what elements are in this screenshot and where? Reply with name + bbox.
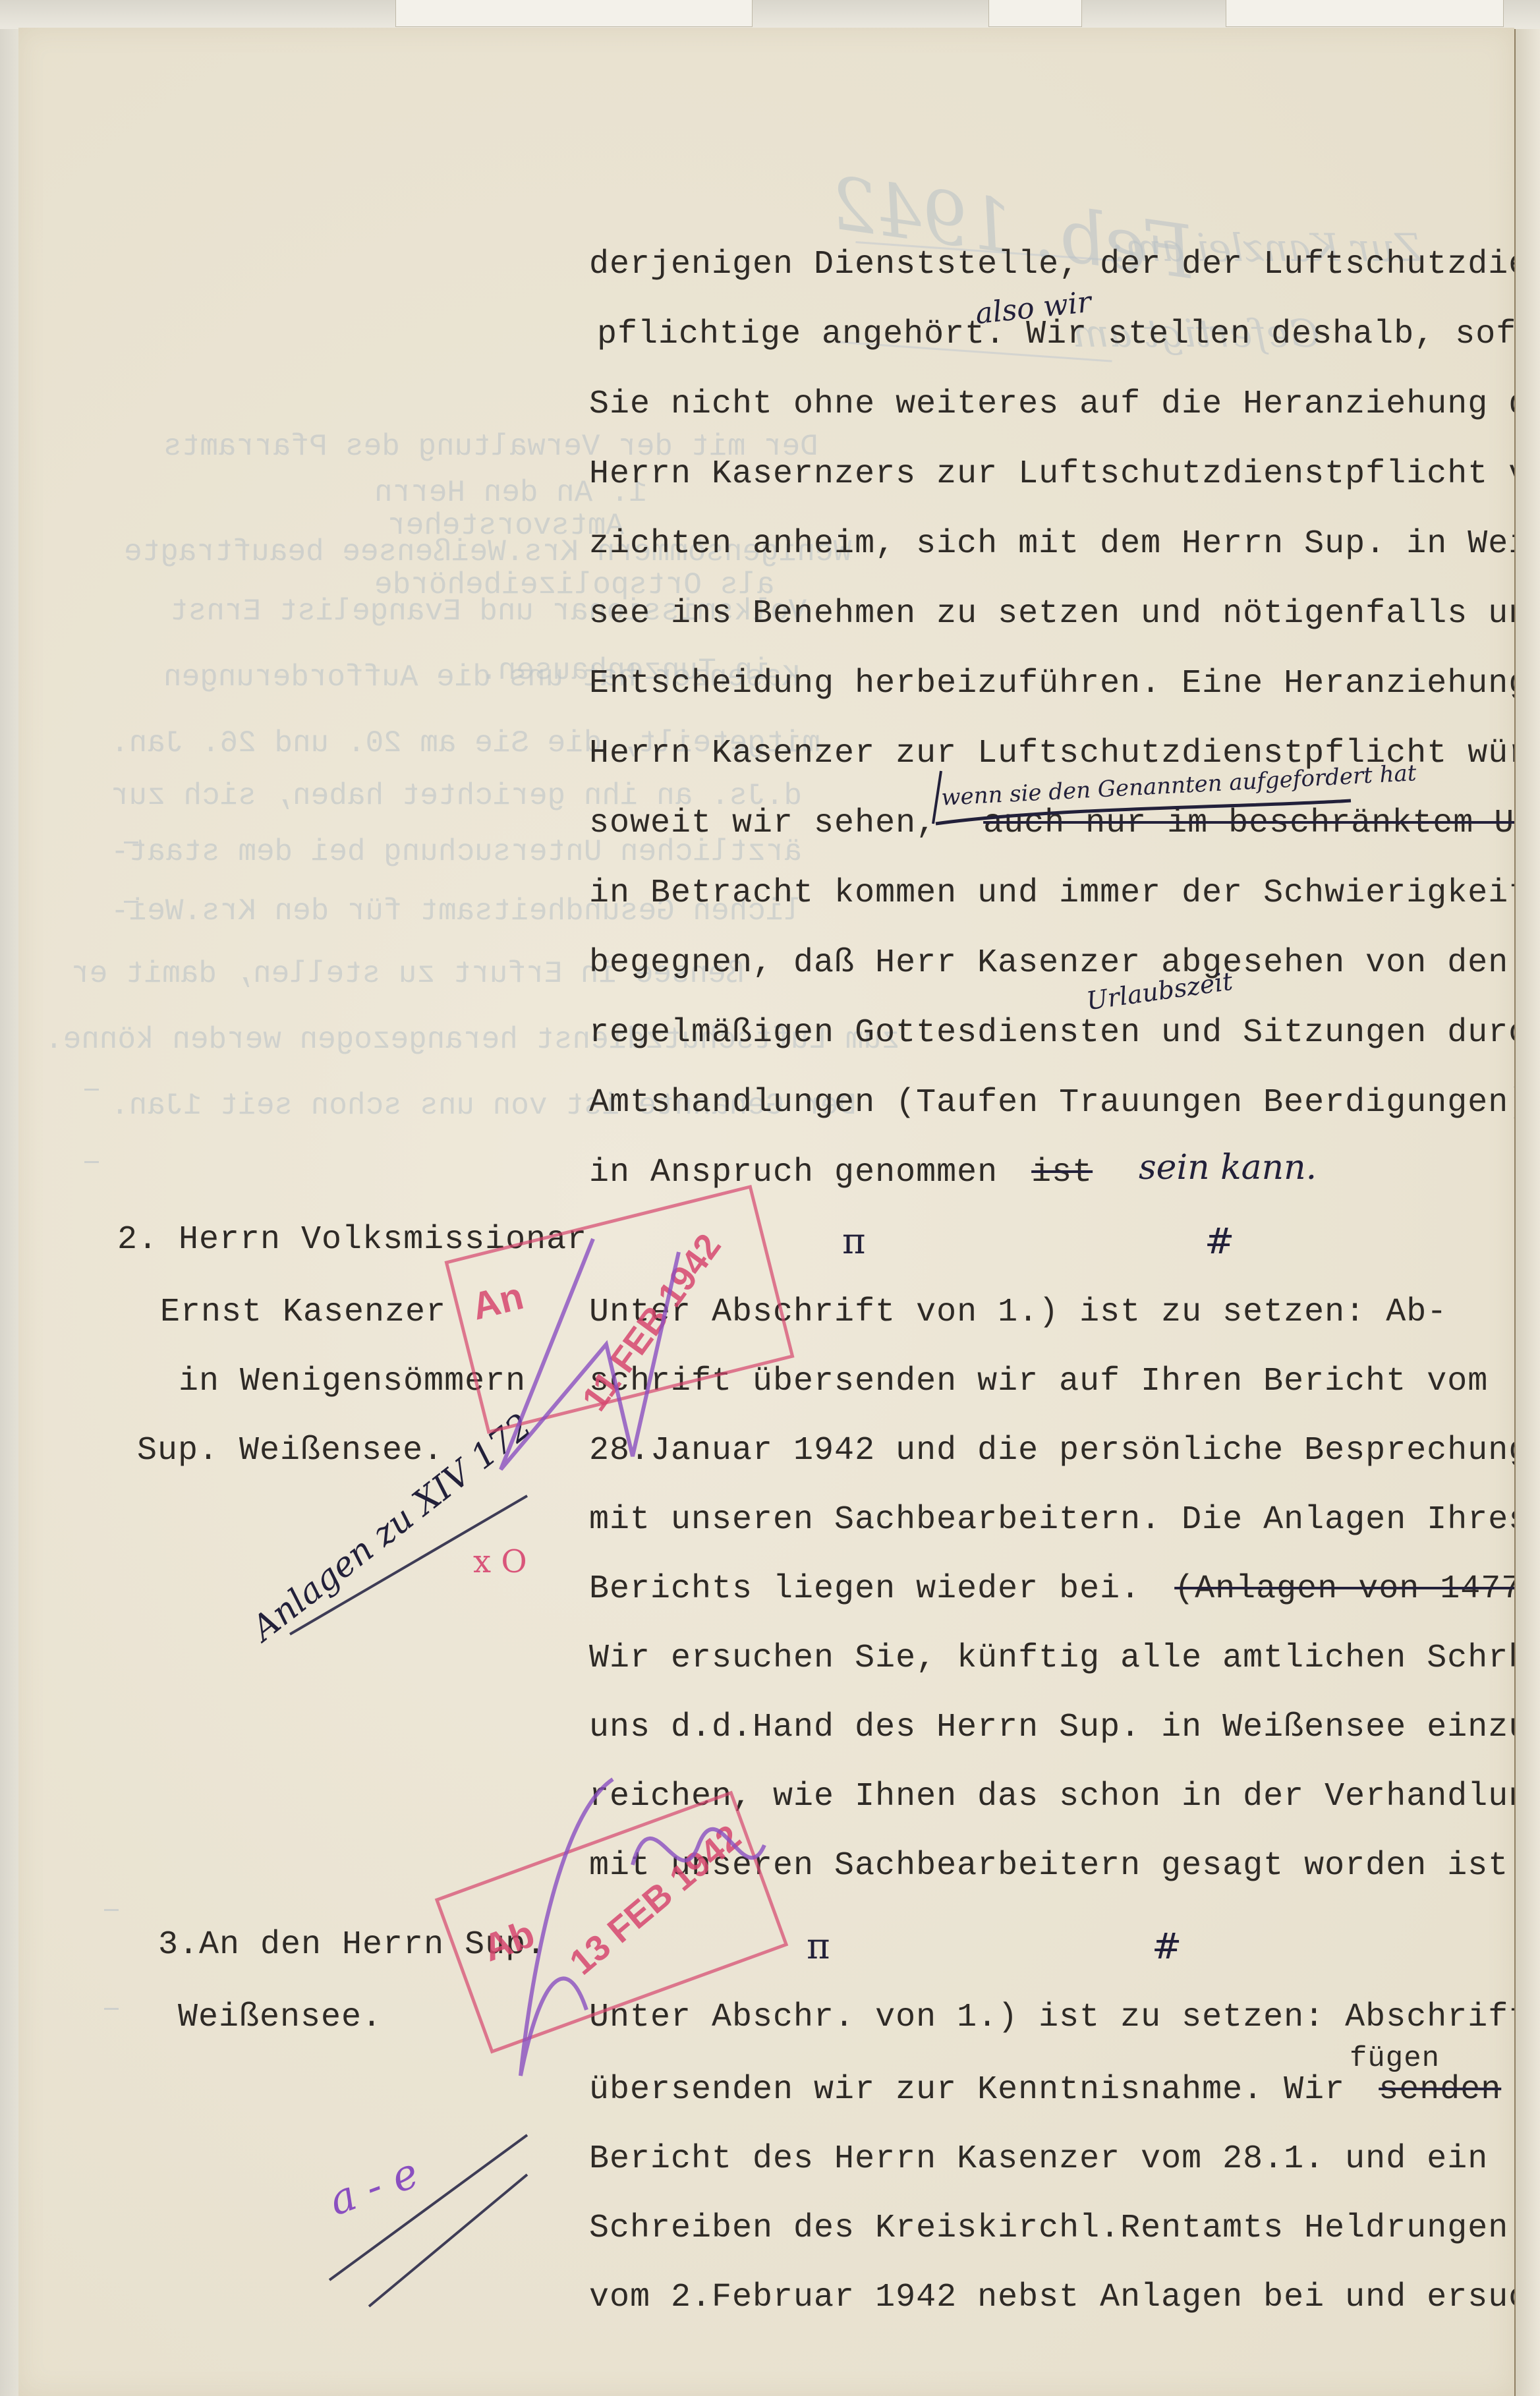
proof-mark: π bbox=[842, 1220, 866, 1262]
section-2-address: Sup. Weißensee. bbox=[137, 1431, 443, 1471]
binding-edge bbox=[1514, 29, 1540, 2396]
typed-insertion: fügen bbox=[1350, 2039, 1440, 2078]
section-3-body-line: Bericht des Herrn Kasenzer vom 28.1. und… bbox=[589, 2140, 1488, 2179]
proof-mark: π bbox=[807, 1925, 830, 1967]
margin-dash bbox=[84, 1161, 99, 1163]
underlying-page-edge bbox=[0, 29, 19, 2396]
paper-fold bbox=[988, 0, 1082, 27]
body-line-11: begegnen, daß Herr Kasenzer abgesehen vo… bbox=[589, 944, 1508, 983]
section-2-body-line: Berichts liegen wieder bei. (Anlagen von… bbox=[589, 1570, 1540, 1609]
body-line-10: in Betracht kommen und immer der Schwier… bbox=[589, 874, 1529, 913]
paper-fold bbox=[1226, 0, 1504, 27]
body-line-14: in Anspruch genommen ist bbox=[589, 1153, 1093, 1193]
section-2-body-line: mit unseren Sachbearbeitern. Die Anlagen… bbox=[589, 1500, 1529, 1540]
body-line-9-text: soweit wir sehen, bbox=[589, 805, 936, 842]
proof-mark: # bbox=[1205, 1220, 1234, 1262]
section-2-body-text: Berichts liegen wieder bei. bbox=[589, 1570, 1141, 1608]
stamp-letters: Ab bbox=[477, 1912, 540, 1970]
body-line-5: zichten anheim, sich mit dem Herrn Sup. … bbox=[589, 525, 1540, 564]
margin-dash bbox=[124, 841, 138, 843]
section-2-address: Ernst Kasenzer bbox=[160, 1293, 446, 1332]
red-margin-mark: x O bbox=[473, 1543, 527, 1580]
stamp-date: 13 FEB 1942 bbox=[562, 1817, 749, 1983]
section-2-body-line: 28.Januar 1942 und die persönliche Bespr… bbox=[589, 1431, 1529, 1471]
paper-fold bbox=[395, 0, 753, 27]
section-2-body-line: Wir ersuchen Sie, künftig alle amtlichen… bbox=[589, 1639, 1540, 1678]
body-line-14-text: in Anspruch genommen bbox=[589, 1154, 998, 1191]
section-3-body-line: Schreiben des Kreiskirchl.Rentamts Heldr… bbox=[589, 2209, 1508, 2248]
body-line-3: Sie nicht ohne weiteres auf die Heranzie… bbox=[589, 385, 1540, 424]
struck-word: ist bbox=[1031, 1154, 1093, 1191]
body-line-4: Herrn Kasernzers zur Luftschutzdienstpfl… bbox=[589, 455, 1540, 494]
section-3-body-line: vom 2.Februar 1942 nebst Anlagen bei und… bbox=[589, 2278, 1540, 2318]
body-line-9: soweit wir sehen, auch nur im beschränkt… bbox=[589, 804, 1540, 843]
body-line-7: Entscheidung herbeizuführen. Eine Heranz… bbox=[589, 664, 1540, 704]
body-line-6: see ins Benehmen zu setzen und nötigenfa… bbox=[589, 594, 1540, 634]
margin-note-text: a - e bbox=[323, 2149, 425, 2226]
stamp-letters: An bbox=[468, 1274, 528, 1329]
body-line-13: Amtshandlungen (Taufen Trauungen Beerdig… bbox=[589, 1083, 1529, 1123]
margin-dash bbox=[104, 1909, 119, 1911]
struck-reference: (Anlagen von 1477) bbox=[1174, 1570, 1540, 1608]
margin-note-a-e: a - e bbox=[323, 2149, 425, 2226]
section-2-body-line: uns d.d.Hand des Herrn Sup. in Weißensee… bbox=[589, 1708, 1540, 1748]
section-3-body-line: Unter Abschr. von 1.) ist zu setzen: Abs… bbox=[589, 1998, 1529, 2038]
document-page: Zur Kanzlei am: Gefertigt am Feb. 1942 D… bbox=[18, 28, 1514, 2396]
body-line-1: derjenigen Dienststelle, der der Luftsch… bbox=[589, 245, 1540, 285]
binder-top-edge bbox=[0, 0, 1540, 30]
handwritten-insertion: sein kann. bbox=[1139, 1148, 1317, 1187]
section-3-address: Weißensee. bbox=[178, 1998, 382, 2038]
margin-dash bbox=[124, 901, 138, 903]
proof-mark: # bbox=[1152, 1925, 1182, 1967]
margin-dash bbox=[104, 2008, 119, 2010]
struck-phrase: auch nur im beschränktem Umfa bbox=[983, 805, 1540, 842]
body-line-12: regelmäßigen Gottesdiensten und Sitzunge… bbox=[589, 1013, 1540, 1053]
section-3-body-text: übersenden wir zur Kenntnisnahme. Wir bbox=[589, 2071, 1345, 2109]
margin-dash bbox=[84, 1089, 99, 1091]
